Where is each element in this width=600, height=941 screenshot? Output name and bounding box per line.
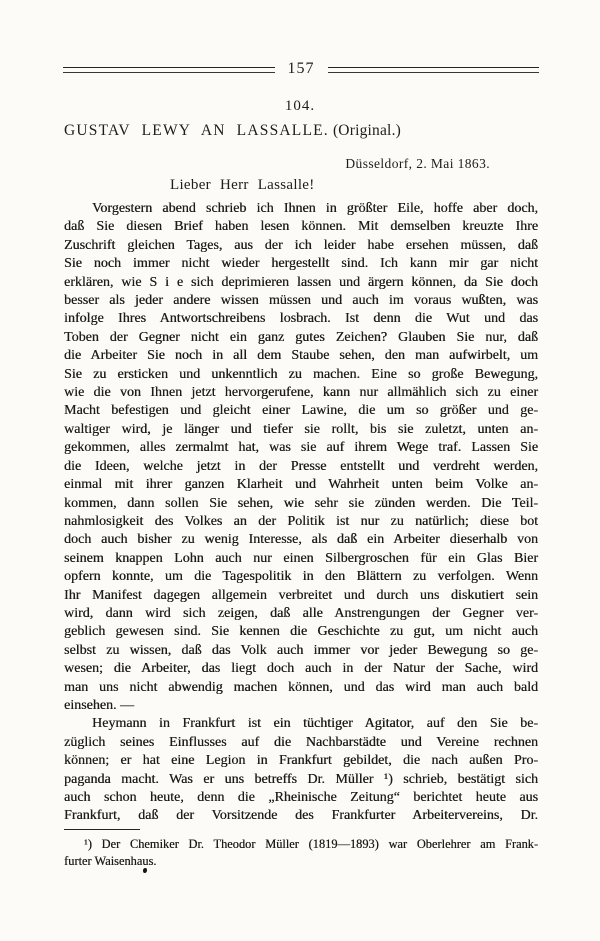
text-line: doch auch bisher zu wenig Interesse, als… <box>64 531 538 549</box>
text-line: besser als jeder andere wissen müssen un… <box>64 292 538 310</box>
text-line: wie die von Ihnen jetzt hervorgerufene, … <box>64 384 538 402</box>
text-line: Macht befestigen und gleicht einer Lawin… <box>64 402 538 420</box>
text-line: paganda macht. Was er uns betreffs Dr. M… <box>64 771 538 789</box>
text-line: geblich gewesen sind. Sie kennen die Ges… <box>64 623 538 641</box>
text-line: opfern konnte, um die Tagespolitik in de… <box>64 568 538 586</box>
text-line: erklären, wie S i e sich deprimieren las… <box>64 274 538 292</box>
text-line: Toben der Gegner nicht ein ganz gutes Ze… <box>64 329 538 347</box>
text-line: Frankfurt, daß der Vorsitzende des Frank… <box>64 807 538 825</box>
footnote: ¹) Der Chemiker Dr. Theodor Müller (1819… <box>64 836 538 869</box>
text-line: züglich seines Einflusses auf die Nachba… <box>64 734 538 752</box>
text-line: Sie zu ersticken und unkenntlich zu mach… <box>64 366 538 384</box>
text-line: waltiger wird, je länger und tiefer sie … <box>64 421 538 439</box>
text-line: gekommen, alles zermalmt hat, was sie au… <box>64 439 538 457</box>
text-line: Zuschrift gleichen Tages, aus der ich le… <box>64 237 538 255</box>
text-line: furter Waisenhaus. <box>64 853 538 870</box>
paragraph-2: Heymann in Frankfurt ist ein tüchtiger A… <box>64 715 538 825</box>
footnote-rule <box>64 829 140 830</box>
text-line: die Ideen, welche jetzt in der Presse en… <box>64 458 538 476</box>
text-line: kommen, dann sollen Sie sehen, wie sehr … <box>64 495 538 513</box>
letter-title-suffix: (Original.) <box>329 122 401 139</box>
text-line: Vorgestern abend schrieb ich Ihnen in gr… <box>64 200 538 218</box>
text-line: man uns nicht abwendig machen können, un… <box>64 679 538 697</box>
letter-title: GUSTAV LEWY AN LASSALLE. (Original.) <box>64 122 401 140</box>
ink-speck <box>143 868 147 873</box>
text-line: wesen; die Arbeiter, das liegt doch auch… <box>64 660 538 678</box>
text-line: Heymann in Frankfurt ist ein tüchtiger A… <box>64 715 538 733</box>
text-line: wird, dann wird sich zeigen, daß alle An… <box>64 605 538 623</box>
text-line: daß Sie diesen Brief haben lesen können.… <box>64 218 538 236</box>
document-number: 104. <box>0 98 600 115</box>
text-line: nahmlosigkeit des Volkes an der Politik … <box>64 513 538 531</box>
running-head: 157 <box>63 62 539 78</box>
text-line: die Arbeiter Sie noch in all dem Staube … <box>64 347 538 365</box>
text-line: Ihr Manifest dagegen allgemein verbreite… <box>64 587 538 605</box>
double-rule-right <box>328 67 540 73</box>
salutation: Lieber Herr Lassalle! <box>170 177 315 194</box>
text-line: infolge Ihres Antwortschreibens losbrach… <box>64 310 538 328</box>
text-line: ¹) Der Chemiker Dr. Theodor Müller (1819… <box>64 836 538 853</box>
text-line: einmal mit ihrer ganzen Klarheit und Wah… <box>64 476 538 494</box>
letter-title-caps: GUSTAV LEWY AN LASSALLE. <box>64 122 329 139</box>
text-line: seinem knappen Lohn auch nur einen Silbe… <box>64 550 538 568</box>
text-line: einsehen. — <box>64 697 538 715</box>
page-number: 157 <box>275 61 328 77</box>
dateline: Düsseldorf, 2. Mai 1863. <box>345 156 490 172</box>
text-line: auch schon heute, denn die „Rheinische Z… <box>64 789 538 807</box>
letter-body: Vorgestern abend schrieb ich Ihnen in gr… <box>64 200 538 826</box>
paragraph-1: Vorgestern abend schrieb ich Ihnen in gr… <box>64 200 538 715</box>
double-rule-left <box>63 67 275 73</box>
text-line: selbst zu wissen, daß das Volk auch imme… <box>64 642 538 660</box>
text-line: Sie noch immer nicht wieder hergestellt … <box>64 255 538 273</box>
text-line: können; er hat eine Legion in Frankfurt … <box>64 752 538 770</box>
book-page: 157 104. GUSTAV LEWY AN LASSALLE. (Origi… <box>0 0 600 941</box>
